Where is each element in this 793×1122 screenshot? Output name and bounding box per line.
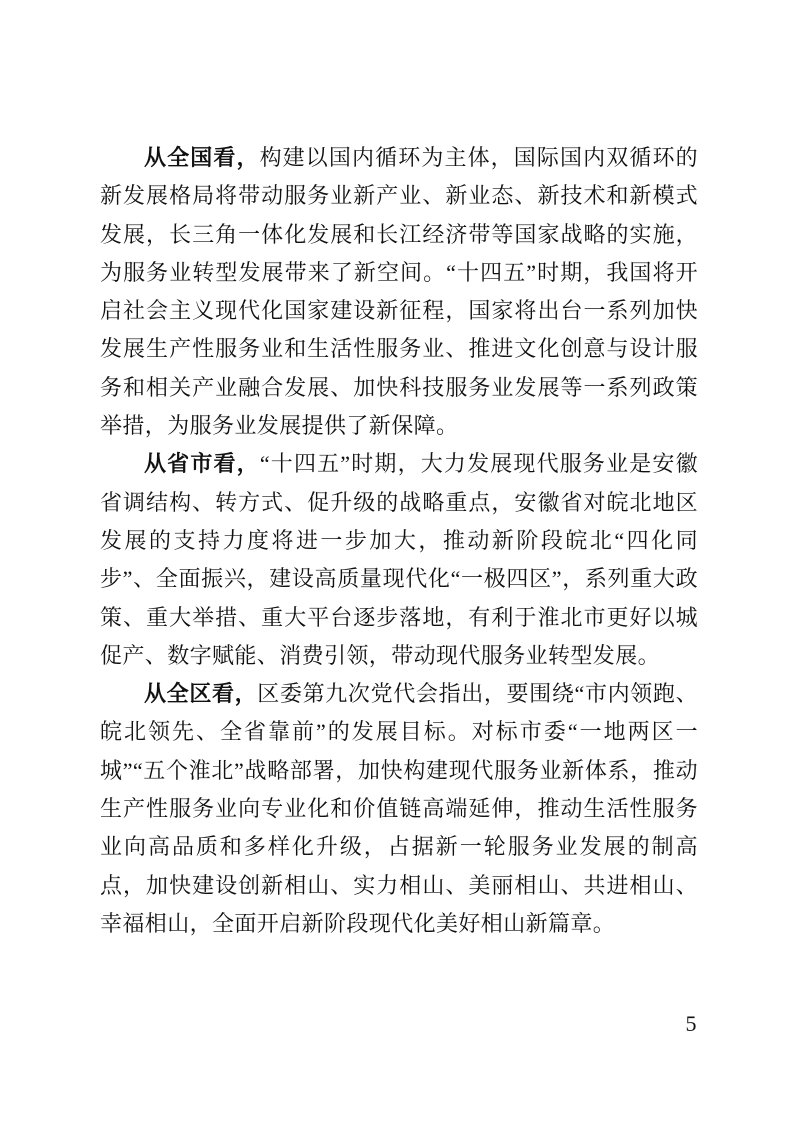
body-paragraph-district: 从全区看，区委第九次党代会指出，要围绕“市内领跑、皖北领先、全省靠前”的发展目标… [100, 675, 698, 943]
paragraph-lead: 从全国看， [144, 145, 260, 170]
document-body: 从全国看，构建以国内循环为主体，国际国内双循环的新发展格局将带动服务业新产业、新… [100, 139, 698, 943]
paragraph-text: 构建以国内循环为主体，国际国内双循环的新发展格局将带动服务业新产业、新业态、新技… [100, 145, 698, 438]
paragraph-text: 区委第九次党代会指出，要围绕“市内领跑、皖北领先、全省靠前”的发展目标。对标市委… [100, 681, 698, 936]
body-paragraph-national: 从全国看，构建以国内循环为主体，国际国内双循环的新发展格局将带动服务业新产业、新… [100, 139, 698, 445]
page-number: 5 [676, 1011, 706, 1037]
paragraph-text: “十四五”时期，大力发展现代服务业是安徽省调结构、转方式、促升级的战略重点，安徽… [100, 451, 698, 667]
paragraph-lead: 从省市看， [144, 451, 260, 476]
document-page: 从全国看，构建以国内循环为主体，国际国内双循环的新发展格局将带动服务业新产业、新… [0, 0, 793, 1122]
body-paragraph-province: 从省市看，“十四五”时期，大力发展现代服务业是安徽省调结构、转方式、促升级的战略… [100, 445, 698, 675]
paragraph-lead: 从全区看， [144, 681, 257, 706]
